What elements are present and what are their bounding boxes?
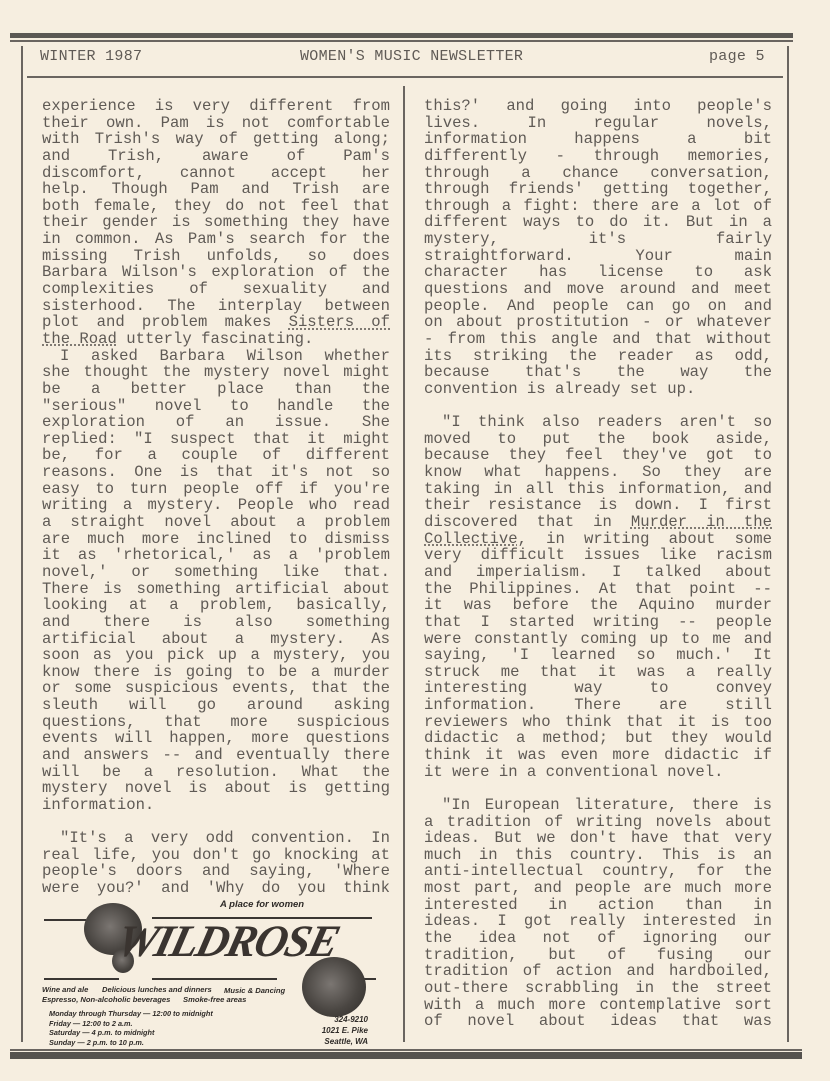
text-line: through a fight: there are a lot of	[424, 198, 772, 215]
hours-line: Friday — 12:00 to 2 a.m.	[49, 1019, 213, 1029]
text-line: with a much more contemplative sort	[424, 997, 772, 1014]
hours-line: Saturday — 4 p.m. to midnight	[49, 1028, 213, 1038]
text-line: differently - through memories,	[424, 148, 772, 165]
top-rule-thick	[10, 33, 793, 38]
text-line: experience is very different from	[42, 98, 390, 115]
text-line: ideas. But we don't have that very	[424, 830, 772, 847]
text-line: it as 'rhetorical,' as a 'problem	[42, 547, 390, 564]
page-border-right	[787, 46, 789, 1042]
text-line: discomfort, cannot accept her	[42, 165, 390, 182]
top-rule-thin	[10, 40, 793, 42]
text-line: out-there scrabbling in the street	[424, 980, 772, 997]
text-line: are much more inclined to dismiss	[42, 531, 390, 548]
ad-address: 1021 E. Pike	[322, 1025, 368, 1036]
text-line: mystery, it's fairly	[424, 231, 772, 248]
text-line: didactic a method; but they would	[424, 730, 772, 747]
text-line: through friends' getting together,	[424, 181, 772, 198]
text-line: be a better place than the	[42, 381, 390, 398]
text-line: novel,' or something like that.	[42, 564, 390, 581]
text-line: soon as you pick up a mystery, you	[42, 647, 390, 664]
text-line: know there is going to be a murder	[42, 664, 390, 681]
text-line: be, for a couple of different	[42, 447, 390, 464]
text-line: interesting way to convey	[424, 680, 772, 697]
text-line: writing a mystery. People who read	[42, 497, 390, 514]
book-title: Murder in the	[631, 514, 772, 531]
text-line: this?' and going into people's	[424, 98, 772, 115]
text-line: different ways to do it. But in a	[424, 214, 772, 231]
ad-city: Seattle, WA	[322, 1036, 368, 1047]
text-line: in common. As Pam's search for the	[42, 231, 390, 248]
text-line: very difficult issues like racism	[424, 547, 772, 564]
text-line: that I started writing -- people	[424, 614, 772, 631]
text-line: I asked Barbara Wilson whether	[42, 348, 390, 365]
text-line: and Trish, aware of Pam's	[42, 148, 390, 165]
text-line: plot and problem makes Sisters of	[42, 314, 390, 331]
text-line: know what happens. So they are	[424, 464, 772, 481]
text-line: saying, 'I learned so much.' It	[424, 647, 772, 664]
text-line: artificial about a mystery. As	[42, 631, 390, 648]
text-line: and there is also something	[42, 614, 390, 631]
text-line: reasons. One is that it's not so	[42, 464, 390, 481]
ad-rule	[152, 978, 277, 980]
text-line: help. Though Pam and Trish are	[42, 181, 390, 198]
text-line: she thought the mystery novel might	[42, 364, 390, 381]
wildrose-advertisement: A place for women WILDROSE Wine and ale …	[40, 897, 376, 1047]
text-line: Collective, in writing about some	[424, 531, 772, 548]
text-line: "I think also readers aren't so	[424, 414, 772, 431]
text-line: the idea not of ignoring our	[424, 930, 772, 947]
text-line: the Road utterly fascinating.	[42, 331, 390, 348]
text-line: There is something artificial about	[42, 581, 390, 598]
column-divider	[403, 86, 405, 1042]
text-line: a tradition of writing novels about	[424, 814, 772, 831]
text-line: tradition, but of fusing our	[424, 947, 772, 964]
text-line: most part, and people are much more	[424, 880, 772, 897]
text-line: their gender is something they have	[42, 214, 390, 231]
text-line: moved to put the book aside,	[424, 431, 772, 448]
bottom-rule-thin	[10, 1049, 802, 1051]
text-line: because they feel they've got to	[424, 447, 772, 464]
book-title: Sisters of	[289, 314, 390, 331]
text-line: information.	[42, 797, 390, 814]
ad-feature: Wine and ale	[42, 985, 88, 994]
publication-title: WOMEN'S MUSIC NEWSLETTER	[300, 48, 523, 65]
text-line: or some suspicious events, that the	[42, 680, 390, 697]
text-line: it were in a conventional novel.	[424, 764, 772, 781]
text-line: ideas. I got really interested in	[424, 913, 772, 930]
article-column-left: experience is very different fromtheir o…	[42, 98, 390, 897]
bottom-rule-thick	[10, 1052, 802, 1059]
text-line: mystery novel is about is getting	[42, 780, 390, 797]
text-line: were constantly coming up to me and	[424, 631, 772, 648]
text-line: character has license to ask	[424, 264, 772, 281]
header-rule	[27, 76, 783, 78]
text-line: reviewers who think that it is too	[424, 714, 772, 731]
text-line: sisterhood. The interplay between	[42, 298, 390, 315]
text-line: its striking the reader as odd,	[424, 348, 772, 365]
text-line: were you?' and 'Why do you think	[42, 880, 390, 897]
text-line: lives. In regular novels,	[424, 115, 772, 132]
text-line: sleuth will go around asking	[42, 697, 390, 714]
ad-phone: 324-9210	[322, 1014, 368, 1025]
text-line: their resistance is down. I first	[424, 497, 772, 514]
text-line: will be a resolution. What the	[42, 764, 390, 781]
text-line: people's doors and saying, 'Where	[42, 863, 390, 880]
text-line: people. And people can go on and	[424, 298, 772, 315]
text-line: questions and move around and meet	[424, 281, 772, 298]
text-line: Barbara Wilson's exploration of the	[42, 264, 390, 281]
book-title: Collective	[424, 531, 518, 548]
text-line: through a chance conversation,	[424, 165, 772, 182]
text-line: tradition of action and hardboiled,	[424, 963, 772, 980]
text-line: events will happen, more questions	[42, 730, 390, 747]
paragraph-gap	[424, 398, 772, 415]
text-line: because that's the way the	[424, 364, 772, 381]
text-line: struck me that it was a really	[424, 664, 772, 681]
text-line: "It's a very odd convention. In	[42, 830, 390, 847]
text-line: questions, that more suspicious	[42, 714, 390, 731]
ad-contact: 324-9210 1021 E. Pike Seattle, WA	[322, 1014, 368, 1047]
text-line: on about prostitution - or whatever	[424, 314, 772, 331]
text-line: replied: "I suspect that it might	[42, 431, 390, 448]
text-line: of novel about ideas that was	[424, 1013, 772, 1030]
text-line: and answers -- and eventually there	[42, 747, 390, 764]
hours-line: Monday through Thursday — 12:00 to midni…	[49, 1009, 213, 1019]
text-line: much in this country. This is an	[424, 847, 772, 864]
text-line: "serious" novel to handle the	[42, 398, 390, 415]
ad-feature: Smoke-free areas	[183, 995, 246, 1004]
text-line: complexities of sexuality and	[42, 281, 390, 298]
issue-date: WINTER 1987	[40, 48, 142, 65]
ad-feature: Music & Dancing	[224, 986, 285, 995]
wildrose-logo: WILDROSE	[112, 915, 344, 967]
page-border-left	[21, 46, 23, 1042]
ad-rule	[44, 978, 119, 980]
text-line: a straight novel about a problem	[42, 514, 390, 531]
text-line: with Trish's way of getting along;	[42, 131, 390, 148]
ad-rule	[44, 919, 86, 921]
hours-line: Sunday — 2 p.m. to 10 p.m.	[49, 1038, 213, 1048]
page-number: page 5	[709, 48, 765, 65]
text-line: easy to turn people off if you're	[42, 481, 390, 498]
text-line: information happens a bit	[424, 131, 772, 148]
text-line: - from this angle and that without	[424, 331, 772, 348]
text-line: information. There are still	[424, 697, 772, 714]
text-line: straightforward. Your main	[424, 248, 772, 265]
text-line: their own. Pam is not comfortable	[42, 115, 390, 132]
text-line: anti-intellectual country, for the	[424, 863, 772, 880]
text-line: and imperialism. I talked about	[424, 564, 772, 581]
text-line: convention is already set up.	[424, 381, 772, 398]
text-line: looking at a problem, basically,	[42, 597, 390, 614]
article-column-right: this?' and going into people'slives. In …	[424, 98, 772, 1030]
text-line: "In European literature, there is	[424, 797, 772, 814]
book-title: the Road	[42, 331, 117, 348]
ad-hours: Monday through Thursday — 12:00 to midni…	[49, 1009, 213, 1047]
ad-tagline: A place for women	[220, 899, 304, 910]
text-line: interested in action than in	[424, 897, 772, 914]
text-line: real life, you don't go knocking at	[42, 847, 390, 864]
ad-feature: Delicious lunches and dinners	[102, 985, 212, 994]
text-line: taking in all this information, and	[424, 481, 772, 498]
text-line: both female, they do not feel that	[42, 198, 390, 215]
text-line: exploration of an issue. She	[42, 414, 390, 431]
text-line: missing Trish unfolds, so does	[42, 248, 390, 265]
paragraph-gap	[424, 780, 772, 797]
text-line: discovered that in Murder in the	[424, 514, 772, 531]
text-line: it was before the Aquino murder	[424, 597, 772, 614]
text-line: think it was even more didactic if	[424, 747, 772, 764]
paragraph-gap	[42, 814, 390, 831]
ad-feature: Espresso, Non-alcoholic beverages	[42, 995, 170, 1004]
text-line: the Philippines. At that point --	[424, 581, 772, 598]
